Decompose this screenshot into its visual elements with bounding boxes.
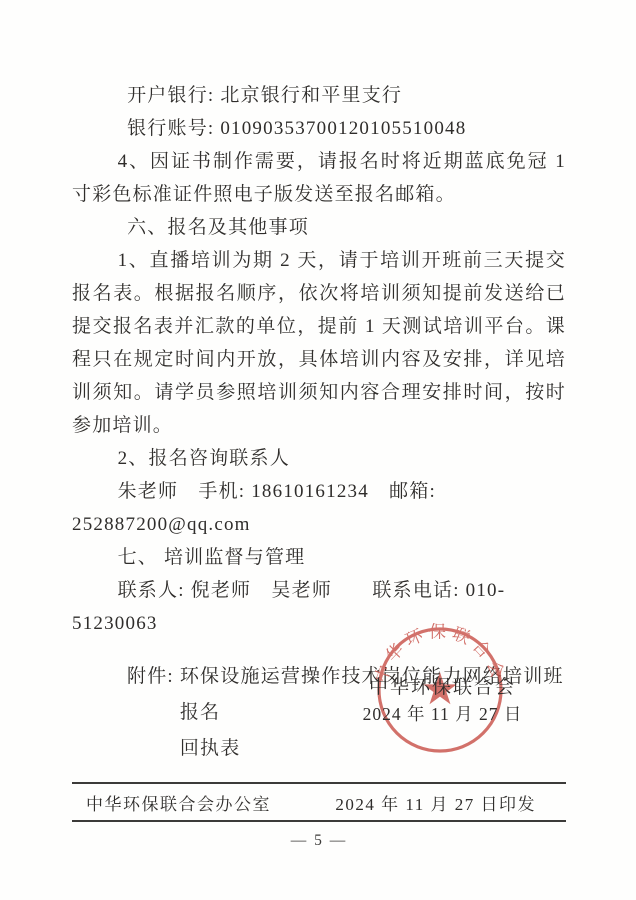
bank-account-line: 银行账号: 01090353700120105510048: [72, 112, 566, 145]
footer-block: 中华环保联合会办公室 2024 年 11 月 27 日印发: [72, 782, 566, 822]
bank-name-line: 开户银行: 北京银行和平里支行: [72, 79, 566, 112]
section6-item2-line: 2、报名咨询联系人: [72, 442, 566, 475]
document-page: 开户银行: 北京银行和平里支行 银行账号: 010903537001201055…: [0, 0, 636, 900]
item4-paragraph: 4、因证书制作需要，请报名时将近期蓝底免冠 1 寸彩色标准证件照电子版发送至报名…: [72, 145, 566, 211]
registration-contact-line: 朱老师 手机: 18610161234 邮箱: 252887200@qq.com: [72, 475, 566, 541]
section6-heading: 六、报名及其他事项: [72, 211, 566, 244]
signoff-block: 中华环保联合会 2024 年 11 月 27 日: [330, 674, 555, 727]
attachment-label: 附件:: [127, 659, 180, 767]
attachment-line2: 回执表: [180, 738, 241, 759]
section7-heading: 七、 培训监督与管理: [72, 541, 566, 574]
footer-print-date: 2024 年 11 月 27 日印发: [335, 790, 536, 815]
footer-office: 中华环保联合会办公室: [86, 790, 271, 815]
signoff-organization: 中华环保联合会: [330, 674, 555, 701]
footer-row: 中华环保联合会办公室 2024 年 11 月 27 日印发: [72, 784, 566, 820]
signoff-date: 2024 年 11 月 27 日: [330, 701, 555, 727]
page-number: — 5 —: [72, 832, 566, 850]
footer-bottom-rule: [72, 820, 566, 822]
section6-item1-paragraph: 1、直播培训为期 2 天，请于培训开班前三天提交报名表。根据报名顺序，依次将培训…: [72, 244, 566, 442]
